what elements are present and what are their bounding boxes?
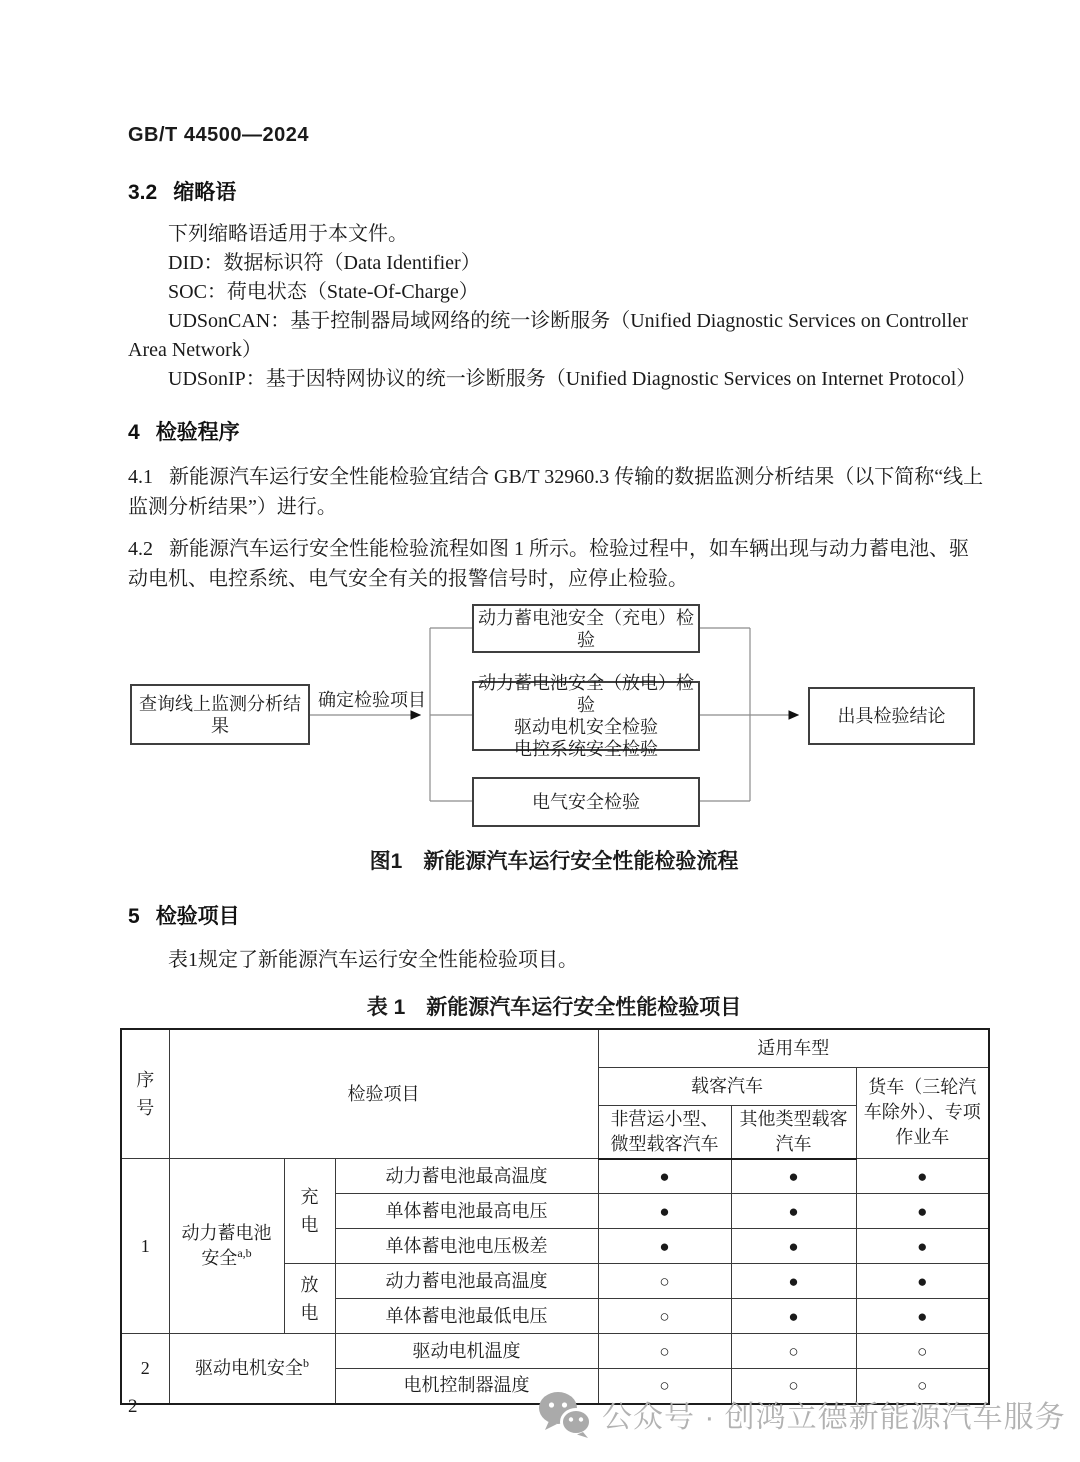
- clause-number: 4.1: [128, 466, 153, 488]
- col-header-applicable-vehicles: 适用车型: [598, 1029, 989, 1067]
- clause-4-2: 4.2新能源汽车运行安全性能检验流程如图 1 所示。检验过程中，如车辆出现与动力…: [128, 534, 988, 594]
- item-cell: 单体蓄电池最高电压: [335, 1194, 598, 1229]
- abbr-item-udsoncan: UDSonCAN：基于控制器局域网络的统一诊断服务（Unified Diagno…: [128, 307, 988, 365]
- flow-box-discharge-motor-control-check: 动力蓄电池安全（放电）检验 驱动电机安全检验 电控系统安全检验: [472, 681, 700, 751]
- item-cell: 单体蓄电池最低电压: [335, 1299, 598, 1334]
- mark-cell: ●: [731, 1229, 856, 1264]
- flow-arrow-label: 确定检验项目: [318, 686, 426, 712]
- mark-cell: ○: [598, 1334, 731, 1369]
- mode-cell: 充电: [284, 1159, 335, 1264]
- section-title: 缩略语: [173, 181, 236, 204]
- col-header-non-operating-small: 非营运小型、微型载客汽车: [598, 1105, 731, 1159]
- flow-box-line: 电控系统安全检验: [514, 738, 658, 760]
- footnote-ref: a,b: [237, 1246, 251, 1260]
- flow-box-line: 动力蓄电池安全（放电）检验: [474, 672, 698, 716]
- mark-cell: ●: [856, 1194, 989, 1229]
- table-row: 2 驱动电机安全b 驱动电机温度 ○ ○ ○: [121, 1334, 989, 1369]
- mark-cell: ○: [731, 1334, 856, 1369]
- col-header-truck: 货车（三轮汽车除外）、专项作业车: [856, 1067, 989, 1159]
- section-heading-procedure: 4检验程序: [128, 416, 240, 446]
- flow-box-query-results: 查询线上监测分析结果: [130, 684, 310, 745]
- wechat-icon: [538, 1390, 592, 1438]
- category-cell: 动力蓄电池安全a,b: [169, 1159, 284, 1334]
- abbr-item-did: DID：数据标识符（Data Identifier）: [128, 249, 988, 278]
- section-title: 检验程序: [156, 421, 240, 444]
- table1-inspection-items: 序号 检验项目 适用车型 载客汽车 货车（三轮汽车除外）、专项作业车 非营运小型…: [120, 1028, 990, 1405]
- mark-cell: ●: [731, 1194, 856, 1229]
- mark-cell: ●: [856, 1264, 989, 1299]
- item-cell: 单体蓄电池电压极差: [335, 1229, 598, 1264]
- mark-cell: ●: [856, 1159, 989, 1194]
- flow-box-line: 驱动电机安全检验: [514, 716, 658, 738]
- item-cell: 动力蓄电池最高温度: [335, 1264, 598, 1299]
- section-number: 4: [128, 421, 140, 444]
- item-cell: 驱动电机温度: [335, 1334, 598, 1369]
- section-number: 5: [128, 905, 140, 928]
- col-header-item: 检验项目: [169, 1029, 598, 1159]
- abbr-intro: 下列缩略语适用于本文件。: [128, 220, 988, 249]
- flow-box-battery-charge-check: 动力蓄电池安全（充电）检验: [472, 604, 700, 653]
- item-cell: 动力蓄电池最高温度: [335, 1159, 598, 1194]
- watermark: 公众号 · 创鸿立德新能源汽车服务: [538, 1390, 1066, 1438]
- abbr-item-udsonip: UDSonIP：基于因特网协议的统一诊断服务（Unified Diagnosti…: [128, 365, 988, 394]
- col-header-other-passenger: 其他类型载客汽车: [731, 1105, 856, 1159]
- seq-cell: 2: [121, 1334, 169, 1404]
- footnote-ref: b: [303, 1356, 309, 1370]
- watermark-text: 公众号 · 创鸿立德新能源汽车服务: [602, 1392, 1066, 1436]
- mark-cell: ●: [731, 1264, 856, 1299]
- section-heading-items: 5检验项目: [128, 900, 240, 930]
- section-heading-abbreviations: 3.2缩略语: [128, 176, 236, 206]
- table-row: 1 动力蓄电池安全a,b 充电 动力蓄电池最高温度 ● ● ●: [121, 1159, 989, 1194]
- mark-cell: ●: [731, 1159, 856, 1194]
- table1-intro: 表1规定了新能源汽车运行安全性能检验项目。: [128, 946, 988, 975]
- table1-caption: 表 1 新能源汽车运行安全性能检验项目: [120, 991, 988, 1021]
- abbreviation-list: 下列缩略语适用于本文件。 DID：数据标识符（Data Identifier） …: [128, 220, 988, 394]
- mark-cell: ○: [856, 1334, 989, 1369]
- mark-cell: ●: [598, 1194, 731, 1229]
- mark-cell: ●: [598, 1159, 731, 1194]
- figure1-flowchart: 查询线上监测分析结果 确定检验项目 动力蓄电池安全（充电）检验 动力蓄电池安全（…: [120, 604, 988, 836]
- mark-cell: ●: [731, 1299, 856, 1334]
- document-page: GB/T 44500—2024 3.2缩略语 下列缩略语适用于本文件。 DID：…: [0, 0, 1080, 1462]
- section-title: 检验项目: [156, 905, 240, 928]
- clause-text: 新能源汽车运行安全性能检验宜结合 GB/T 32960.3 传输的数据监测分析结…: [128, 466, 983, 518]
- mode-cell: 放电: [284, 1264, 335, 1334]
- table1-intro-text: 表1规定了新能源汽车运行安全性能检验项目。: [128, 946, 988, 975]
- clause-4-1: 4.1新能源汽车运行安全性能检验宜结合 GB/T 32960.3 传输的数据监测…: [128, 462, 988, 522]
- mark-cell: ○: [598, 1264, 731, 1299]
- page-number: 2: [128, 1396, 138, 1418]
- mark-cell: ○: [598, 1299, 731, 1334]
- mark-cell: ●: [598, 1229, 731, 1264]
- standard-code: GB/T 44500—2024: [128, 124, 309, 147]
- flow-box-electrical-safety-check: 电气安全检验: [472, 777, 700, 827]
- section-number: 3.2: [128, 181, 157, 204]
- clause-number: 4.2: [128, 538, 153, 560]
- mark-cell: ●: [856, 1299, 989, 1334]
- col-header-passenger: 载客汽车: [598, 1067, 856, 1105]
- seq-cell: 1: [121, 1159, 169, 1334]
- figure1-caption: 图1 新能源汽车运行安全性能检验流程: [120, 845, 988, 875]
- mark-cell: ●: [856, 1229, 989, 1264]
- flow-box-issue-conclusion: 出具检验结论: [808, 687, 975, 745]
- abbr-item-soc: SOC：荷电状态（State-Of-Charge）: [128, 278, 988, 307]
- clause-text: 新能源汽车运行安全性能检验流程如图 1 所示。检验过程中，如车辆出现与动力蓄电池…: [128, 538, 969, 590]
- col-header-seq: 序号: [121, 1029, 169, 1159]
- category-cell: 驱动电机安全b: [169, 1334, 335, 1404]
